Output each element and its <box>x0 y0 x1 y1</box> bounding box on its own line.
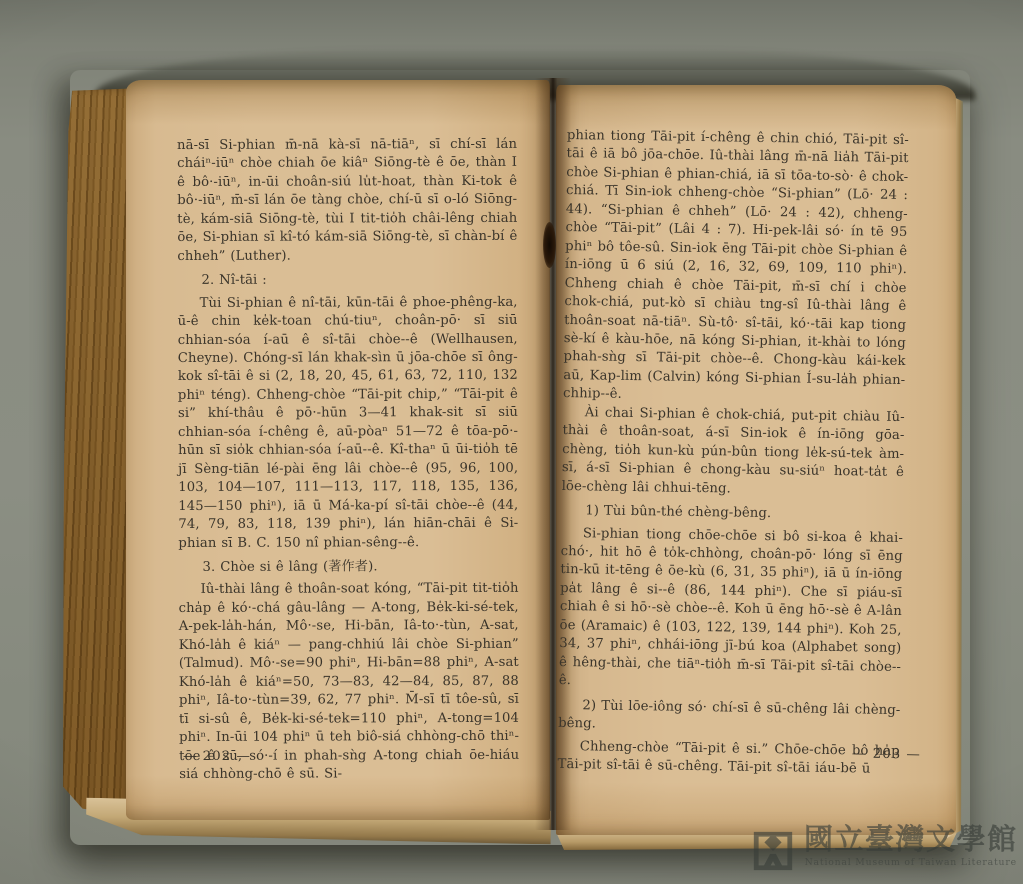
gutter-binding-mark <box>543 222 556 268</box>
left-page-number: — 202 — <box>183 749 251 764</box>
museum-watermark: 國立臺灣文學館 National Museum of Taiwan Litera… <box>750 822 1018 882</box>
paragraph: Si-phian tiong chōe-chōe si bô si-koa ê … <box>559 524 903 695</box>
right-page-number: — 203 — <box>853 747 921 763</box>
museum-logo-icon <box>750 828 796 878</box>
paragraph: Chheng-chòe “Tāi-pit ê si.” Chōe-chōe bô… <box>557 737 900 779</box>
left-page-text: nā-sī Si-phian m̄-nā kà-sī nā-tiāⁿ, sī c… <box>177 136 519 785</box>
subsection-heading-2: 2) Tùi lōe-iông só· chí-sī ê sū-chêng lâ… <box>558 697 901 739</box>
paragraph: Tùi Si-phian ê nî-tāi, kūn-tāi ê phoe-ph… <box>178 293 519 553</box>
museum-watermark-text: 國立臺灣文學館 National Museum of Taiwan Litera… <box>804 822 1018 868</box>
subsection-heading-1: 1) Tùi bûn-thé chèng-bêng. <box>561 502 903 526</box>
museum-name-chinese: 國立臺灣文學館 <box>804 822 1018 856</box>
paragraph: Ài chai Si-phian ê chok-chiá, put-pit ch… <box>562 404 905 501</box>
museum-name-english: National Museum of Taiwan Literature <box>805 857 1017 868</box>
paragraph-continuation: phian tiong Tāi-pit í-chêng ê chin chió,… <box>563 127 909 409</box>
paragraph-continuation: nā-sī Si-phian m̄-nā kà-sī nā-tiāⁿ, sī c… <box>177 136 517 266</box>
section-heading-2: 2. Nî-tāi : <box>177 271 517 291</box>
section-heading-3: 3. Chòe si ê lâng (著作者). <box>178 558 518 578</box>
right-page-text: phian tiong Tāi-pit í-chêng ê chin chió,… <box>557 127 909 779</box>
